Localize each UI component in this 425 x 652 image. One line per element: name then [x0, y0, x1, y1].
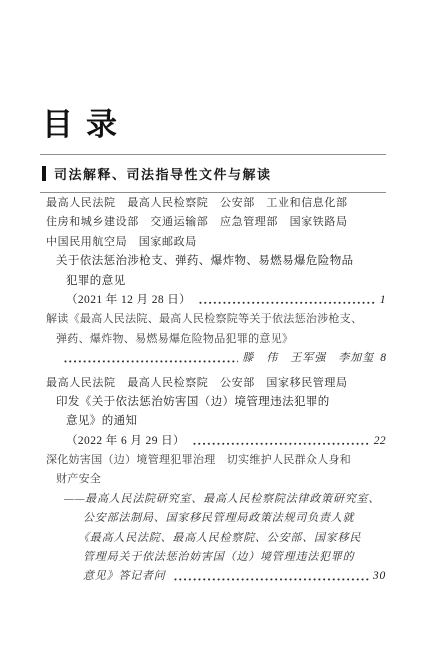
section-marker-bar-icon: [42, 166, 46, 181]
toc-line: 弹药、爆炸物、易燃易爆危险物品犯罪的意见》: [40, 330, 386, 349]
section-header-label: 司法解释、司法指导性文件与解读: [54, 164, 272, 183]
toc-line-text: 深化妨害国（边）境管理犯罪治理 切实维护人民群众人身和: [46, 451, 351, 470]
toc-line-text: 管理局关于依法惩治妨害国（边）境管理违法犯罪的: [83, 548, 354, 567]
toc-line: 公安部法制局、国家移民管理局政策法规司负责人就: [40, 509, 386, 528]
toc-line-text: 公安部法制局、国家移民管理局政策法规司负责人就: [83, 509, 354, 528]
dot-leader: [63, 349, 238, 368]
toc-line-text: ——最高人民法院研究室、最高人民检察院法律政策研究室、: [64, 490, 380, 509]
toc-line: 最高人民法院 最高人民检察院 公安部 国家移民管理局: [40, 374, 386, 393]
toc-line-text: 关于依法惩治涉枪支、弹药、爆炸物、易燃易爆危险物品: [56, 252, 354, 271]
page-number: 8: [380, 349, 386, 368]
toc-line: 解读《最高人民法院、最高人民检察院等关于依法惩治涉枪支、: [40, 310, 386, 329]
toc-line: 《最高人民法院、最高人民检察院、公安部、国家移民: [40, 529, 386, 548]
toc-line-text: 弹药、爆炸物、易燃易爆危险物品犯罪的意见》: [56, 330, 293, 349]
toc-line: （2022 年 6 月 29 日） 22: [40, 432, 386, 451]
toc-line-text: （2021 年 12 月 28 日）: [66, 291, 191, 310]
toc-list: 最高人民法院 最高人民检察院 公安部 工业和信息化部 住房和城乡建设部 交通运输…: [40, 194, 386, 587]
toc-line: 管理局关于依法惩治妨害国（边）境管理违法犯罪的: [40, 548, 386, 567]
page-number: 1: [380, 291, 386, 310]
toc-line: 滕 伟 王军强 李加玺 8: [40, 349, 386, 368]
toc-line: ——最高人民法院研究室、最高人民检察院法律政策研究室、: [40, 490, 386, 509]
toc-line: 意见》答记者问 30: [40, 567, 386, 586]
toc-line: 印发《关于依法惩治妨害国（边）境管理违法犯罪的: [40, 393, 386, 412]
toc-line: 中国民用航空局 国家邮政局: [40, 233, 386, 252]
dot-leader: [173, 567, 369, 586]
toc-line-text: 犯罪的意见: [66, 272, 126, 291]
toc-line-text: 中国民用航空局 国家邮政局: [46, 233, 197, 252]
toc-line: 深化妨害国（边）境管理犯罪治理 切实维护人民群众人身和: [40, 451, 386, 470]
toc-line: （2021 年 12 月 28 日） 1: [40, 291, 386, 310]
page-number: 30: [373, 567, 386, 586]
toc-line-text: 印发《关于依法惩治妨害国（边）境管理违法犯罪的: [56, 393, 330, 412]
toc-page: 目录 司法解释、司法指导性文件与解读 最高人民法院 最高人民检察院 公安部 工业…: [0, 0, 425, 652]
toc-line-text: 住房和城乡建设部 交通运输部 应急管理部 国家铁路局: [46, 213, 348, 232]
page-title: 目录: [42, 99, 130, 144]
toc-line: 关于依法惩治涉枪支、弹药、爆炸物、易燃易爆危险物品: [40, 252, 386, 271]
toc-line: 住房和城乡建设部 交通运输部 应急管理部 国家铁路局: [40, 213, 386, 232]
toc-line: 犯罪的意见: [40, 272, 386, 291]
page-number: 22: [374, 432, 386, 451]
toc-line-text: 最高人民法院 最高人民检察院 公安部 国家移民管理局: [46, 374, 348, 393]
toc-line-text: 财产安全: [56, 470, 101, 489]
toc-line-text: 《最高人民法院、最高人民检察院、公安部、国家移民: [78, 529, 361, 548]
dot-leader: [198, 291, 376, 310]
toc-line: 最高人民法院 最高人民检察院 公安部 工业和信息化部: [40, 194, 386, 213]
toc-line-text: 解读《最高人民法院、最高人民检察院等关于依法惩治涉枪支、: [46, 310, 362, 329]
toc-line-text: 意见》答记者问: [83, 567, 166, 586]
section-header: 司法解释、司法指导性文件与解读: [40, 154, 386, 193]
authors: 滕 伟 王军强 李加玺: [242, 349, 374, 368]
dot-leader: [192, 432, 370, 451]
toc-line-text: 最高人民法院 最高人民检察院 公安部 工业和信息化部: [46, 194, 348, 213]
toc-line: 财产安全: [40, 470, 386, 489]
toc-line-text: （2022 年 6 月 29 日）: [66, 432, 185, 451]
toc-line-text: 意见》的通知: [66, 412, 137, 431]
toc-line: 意见》的通知: [40, 412, 386, 431]
